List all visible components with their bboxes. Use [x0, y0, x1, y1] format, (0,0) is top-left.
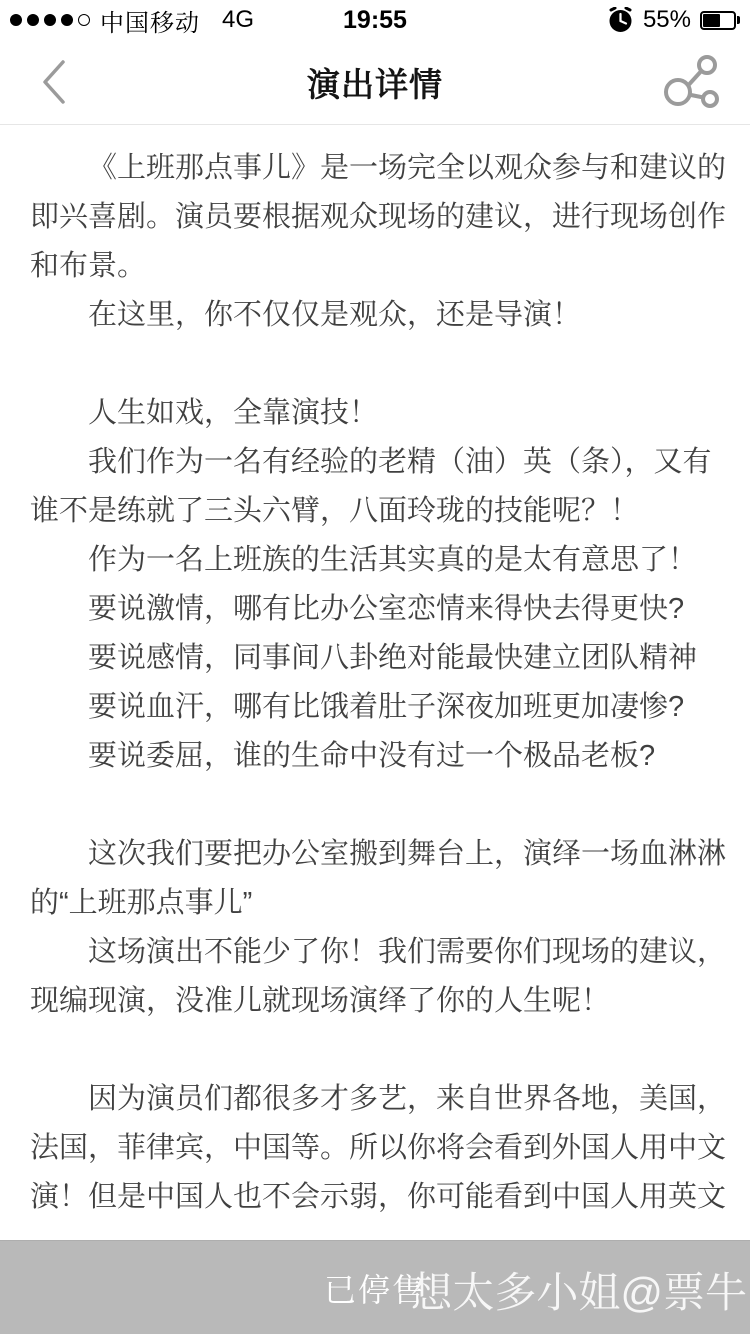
body-blank-line: [30, 1026, 722, 1075]
share-button[interactable]: [656, 40, 726, 124]
body-line: 谁不是练就了三头六臂，八面玲珑的技能呢？！: [30, 487, 722, 536]
body-blank-line: [30, 340, 722, 389]
performance-detail-screen: 中国移动 4G 19:55 55% 演出详情: [0, 0, 750, 1334]
body-blank-line: [30, 781, 722, 830]
body-line: 要说感情，同事间八卦绝对能最快建立团队精神: [30, 634, 722, 683]
body-line: 人生如戏，全靠演技！: [30, 389, 722, 438]
chevron-left-icon: [41, 59, 67, 105]
share-nodes-icon: [662, 54, 720, 110]
body-line: 作为一名上班族的生活其实真的是太有意思了！: [30, 536, 722, 585]
body-line: 要说血汗，哪有比饿着肚子深夜加班更加凄惨?: [30, 683, 722, 732]
body-line: 这场演出不能少了你！我们需要你们现场的建议，: [30, 928, 722, 977]
body-line: 这次我们要把办公室搬到舞台上，演绎一场血淋淋: [30, 830, 722, 879]
status-bar: 中国移动 4G 19:55 55%: [0, 0, 750, 40]
body-line: 法国，菲律宾，中国等。所以你将会看到外国人用中文: [30, 1124, 722, 1173]
body-line: 和布景。: [30, 242, 722, 291]
body-line: 在这里，你不仅仅是观众，还是导演！: [30, 291, 722, 340]
body-line: 我们作为一名有经验的老精（油）英（条），又有: [30, 438, 722, 487]
clock-time: 19:55: [0, 6, 750, 35]
body-line: 现编现演，没准儿就现场演绎了你的人生呢！: [30, 977, 722, 1026]
show-description-text: 《上班那点事儿》是一场完全以观众参与和建议的即兴喜剧。演员要根据观众现场的建议，…: [0, 126, 750, 1240]
body-line: 因为演员们都很多才多艺，来自世界各地，美国，: [30, 1075, 722, 1124]
sold-out-label: 已停售: [324, 1265, 426, 1311]
page-title: 演出详情: [0, 40, 750, 124]
body-line: 《上班那点事儿》是一场完全以观众参与和建议的: [30, 144, 722, 193]
body-line: 即兴喜剧。演员要根据观众现场的建议，进行现场创作: [30, 193, 722, 242]
sold-out-bar[interactable]: 已停售: [0, 1240, 750, 1334]
body-line: 要说委屈，谁的生命中没有过一个极品老板?: [30, 732, 722, 781]
back-button[interactable]: [24, 40, 84, 124]
body-line: 要说激情，哪有比办公室恋情来得快去得更快?: [30, 585, 722, 634]
nav-bar: 演出详情: [0, 40, 750, 125]
body-line: 演！但是中国人也不会示弱，你可能看到中国人用英文: [30, 1173, 722, 1222]
body-line: 的“上班那点事儿”: [30, 879, 722, 928]
